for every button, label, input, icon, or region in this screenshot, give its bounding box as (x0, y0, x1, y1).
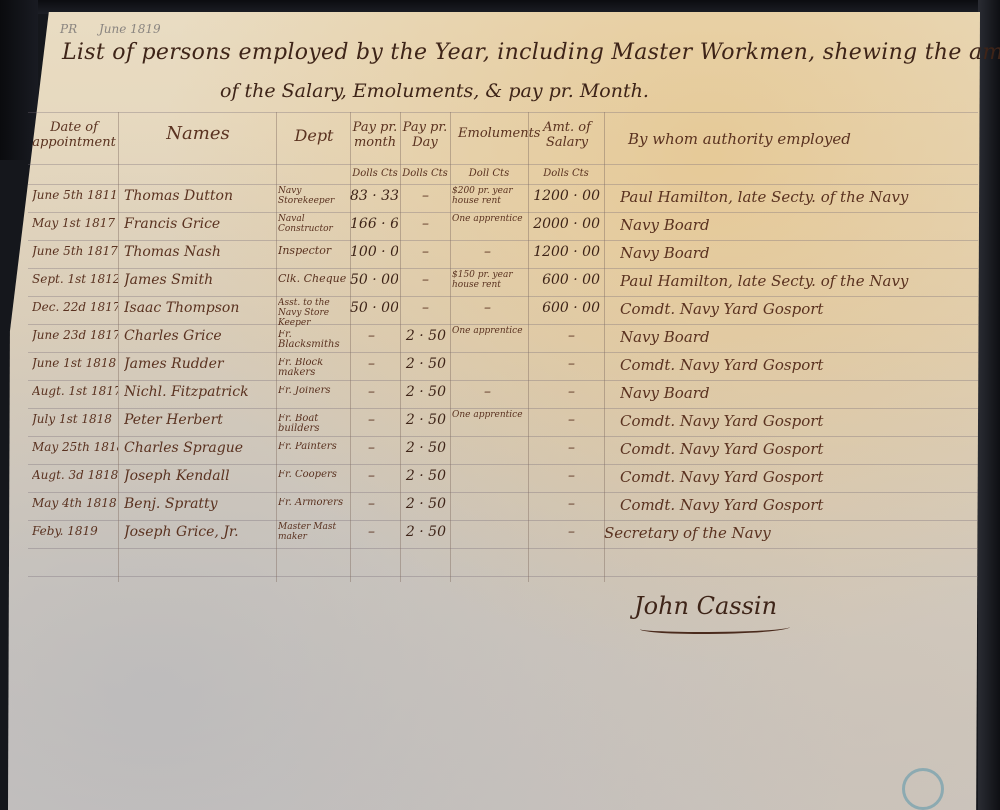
cell-emoluments: One apprentice (452, 214, 528, 224)
cell-salary: 2000 · 00 (530, 216, 600, 232)
cell-pay-day: 2 · 50 (400, 440, 446, 456)
cell-pay-month: – (368, 412, 388, 428)
cell-salary: – (568, 524, 588, 540)
cell-name: Peter Herbert (124, 412, 274, 428)
cell-pay-month: – (368, 356, 388, 372)
cell-pay-month: – (368, 468, 388, 484)
cell-authority: Navy Board (620, 384, 976, 402)
cell-date: June 5th 1817 (32, 244, 118, 258)
rule-line (28, 164, 978, 165)
cell-name: James Rudder (124, 356, 274, 372)
cell-date: May 4th 1818 (32, 496, 118, 510)
unit-emoluments: Doll Cts (450, 168, 528, 179)
document-title-line-2: of the Salary, Emoluments, & pay pr. Mon… (220, 80, 649, 102)
cell-pay-month: 100 · 00 (350, 244, 398, 260)
signature: John Cassin (634, 592, 777, 620)
cell-pay-month: 50 · 00 (350, 300, 398, 316)
cell-pay-month: 83 · 33 (350, 188, 398, 204)
cell-pay-day: 2 · 50 (400, 468, 446, 484)
cell-emoluments: – (484, 300, 504, 316)
cell-salary: 600 · 00 (530, 300, 600, 316)
cell-authority: Comdt. Navy Yard Gosport (620, 356, 976, 374)
header-date: Date of appointment (30, 120, 118, 150)
pencil-date: June 1819 (99, 22, 161, 36)
cell-salary: 1200 · 00 (530, 188, 600, 204)
cell-dept: Fr. Joiners (278, 386, 348, 396)
cell-dept: Naval Constructor (278, 214, 348, 234)
cell-date: July 1st 1818 (32, 412, 118, 426)
cell-authority: Paul Hamilton, late Secty. of the Navy (620, 272, 976, 290)
cell-date: June 5th 1811 (32, 188, 118, 202)
cell-dept: Fr. Block makers (278, 358, 348, 378)
table-row: May 1st 1817 Francis Grice Naval Constru… (28, 212, 978, 240)
employee-ledger-table: Date of appointment Names Dept Pay pr. m… (28, 112, 978, 582)
table-row: June 1st 1818 James Rudder Fr. Block mak… (28, 352, 978, 380)
cell-salary: 600 · 00 (530, 272, 600, 288)
cell-authority: Comdt. Navy Yard Gosport (620, 412, 976, 430)
cell-pay-day: 2 · 50 (400, 328, 446, 344)
table-row: Augt. 3d 1818 Joseph Kendall Fr. Coopers… (28, 464, 978, 492)
cell-authority: Comdt. Navy Yard Gosport (620, 496, 976, 514)
cell-pay-month: – (368, 524, 388, 540)
cell-date: Dec. 22d 1817 (32, 300, 118, 314)
cell-pay-day: 2 · 50 (400, 524, 446, 540)
rule-line (28, 112, 978, 113)
cell-name: Joseph Grice, Jr. (124, 524, 274, 540)
cell-name: James Smith (124, 272, 274, 288)
cell-salary: – (568, 328, 588, 344)
unit-salary: Dolls Cts (528, 168, 604, 179)
cell-dept: Fr. Boat builders (278, 414, 348, 434)
pencil-initials: PR (60, 22, 77, 36)
cell-name: Nichl. Fitzpatrick (124, 384, 274, 400)
table-row: May 4th 1818 Benj. Spratty Fr. Armorers … (28, 492, 978, 520)
cell-pay-day: – (422, 216, 442, 232)
cell-emoluments: One apprentice (452, 410, 528, 420)
cell-authority: Navy Board (620, 216, 976, 234)
cell-date: May 25th 1818 (32, 440, 118, 454)
cell-dept: Fr. Coopers (278, 470, 348, 480)
header-names: Names (120, 126, 276, 141)
table-row: June 23d 1817 Charles Grice Fr. Blacksmi… (28, 324, 978, 352)
cell-name: Charles Sprague (124, 440, 274, 456)
cell-pay-month: 166 · 66 (350, 216, 398, 232)
cell-pay-day: – (422, 272, 442, 288)
cell-emoluments: One apprentice (452, 326, 528, 336)
cell-dept: Fr. Blacksmiths (278, 330, 348, 350)
cell-date: Feby. 1819 (32, 524, 118, 538)
table-row: Dec. 22d 1817 Isaac Thompson Asst. to th… (28, 296, 978, 324)
cell-pay-day: 2 · 50 (400, 356, 446, 372)
cell-pay-day: 2 · 50 (400, 412, 446, 428)
cell-authority: Comdt. Navy Yard Gosport (620, 468, 976, 486)
cell-pay-day: – (422, 244, 442, 260)
archive-stamp-icon (902, 768, 944, 810)
cell-name: Thomas Dutton (124, 188, 274, 204)
cell-name: Isaac Thompson (124, 300, 274, 316)
cell-name: Charles Grice (124, 328, 274, 344)
table-row: June 5th 1811 Thomas Dutton Navy Storeke… (28, 184, 978, 212)
rule-line (28, 548, 978, 549)
cell-dept: Master Mast maker (278, 522, 348, 542)
cell-emoluments: – (484, 384, 504, 400)
cell-dept: Clk. Cheque (278, 274, 348, 284)
cell-date: May 1st 1817 (32, 216, 118, 230)
cell-dept: Fr. Armorers (278, 498, 348, 508)
cell-emoluments: $150 pr. year house rent (452, 270, 528, 290)
cell-dept: Navy Storekeeper (278, 186, 348, 206)
header-dept: Dept (278, 128, 350, 143)
cell-authority: Secretary of the Navy (604, 524, 976, 542)
cell-pay-day: – (422, 188, 442, 204)
header-authority: By whom authority employed (628, 132, 928, 147)
table-row: Feby. 1819 Joseph Grice, Jr. Master Mast… (28, 520, 978, 548)
cell-date: June 1st 1818 (32, 356, 118, 370)
pencil-annotation: PR June 1819 (60, 22, 179, 36)
rule-line (28, 576, 978, 577)
cell-authority: Comdt. Navy Yard Gosport (620, 300, 976, 318)
cell-salary: – (568, 468, 588, 484)
cell-pay-month: – (368, 384, 388, 400)
cell-date: Augt. 1st 1817 (32, 384, 118, 398)
document-title-line-1: List of persons employed by the Year, in… (62, 40, 1000, 65)
cell-name: Benj. Spratty (124, 496, 274, 512)
table-row: June 5th 1817 Thomas Nash Inspector 100 … (28, 240, 978, 268)
cell-salary: – (568, 412, 588, 428)
unit-pay-day: Dolls Cts (400, 168, 450, 179)
header-pay-day: Pay pr. Day (400, 120, 450, 150)
cell-authority: Comdt. Navy Yard Gosport (620, 440, 976, 458)
cell-pay-month: – (368, 496, 388, 512)
cell-salary: – (568, 496, 588, 512)
table-row: Sept. 1st 1812 James Smith Clk. Cheque 5… (28, 268, 978, 296)
cell-pay-day: 2 · 50 (400, 496, 446, 512)
cell-date: June 23d 1817 (32, 328, 118, 342)
cell-pay-month: – (368, 328, 388, 344)
cell-date: Augt. 3d 1818 (32, 468, 118, 482)
unit-pay-month: Dolls Cts (350, 168, 400, 179)
cell-date: Sept. 1st 1812 (32, 272, 118, 286)
table-row: July 1st 1818 Peter Herbert Fr. Boat bui… (28, 408, 978, 436)
header-salary: Amt. of Salary (530, 120, 604, 150)
cell-dept: Fr. Painters (278, 442, 348, 452)
cell-pay-month: – (368, 440, 388, 456)
cell-authority: Navy Board (620, 244, 976, 262)
cell-salary: – (568, 356, 588, 372)
header-emoluments: Emoluments (458, 126, 524, 141)
frame-right-edge (978, 0, 1000, 810)
cell-salary: – (568, 384, 588, 400)
cell-salary: 1200 · 00 (530, 244, 600, 260)
cell-pay-day: – (422, 300, 442, 316)
cell-emoluments: – (484, 244, 504, 260)
table-row: Augt. 1st 1817 Nichl. Fitzpatrick Fr. Jo… (28, 380, 978, 408)
cell-authority: Navy Board (620, 328, 976, 346)
cell-name: Francis Grice (124, 216, 274, 232)
cell-name: Joseph Kendall (124, 468, 274, 484)
cell-pay-month: 50 · 00 (350, 272, 398, 288)
cell-authority: Paul Hamilton, late Secty. of the Navy (620, 188, 976, 206)
cell-name: Thomas Nash (124, 244, 274, 260)
cell-dept: Inspector (278, 246, 348, 256)
frame-top-edge (0, 0, 1000, 14)
header-pay-month: Pay pr. month (350, 120, 400, 150)
cell-emoluments: $200 pr. year house rent (452, 186, 528, 206)
cell-salary: – (568, 440, 588, 456)
cell-pay-day: 2 · 50 (400, 384, 446, 400)
table-row: May 25th 1818 Charles Sprague Fr. Painte… (28, 436, 978, 464)
